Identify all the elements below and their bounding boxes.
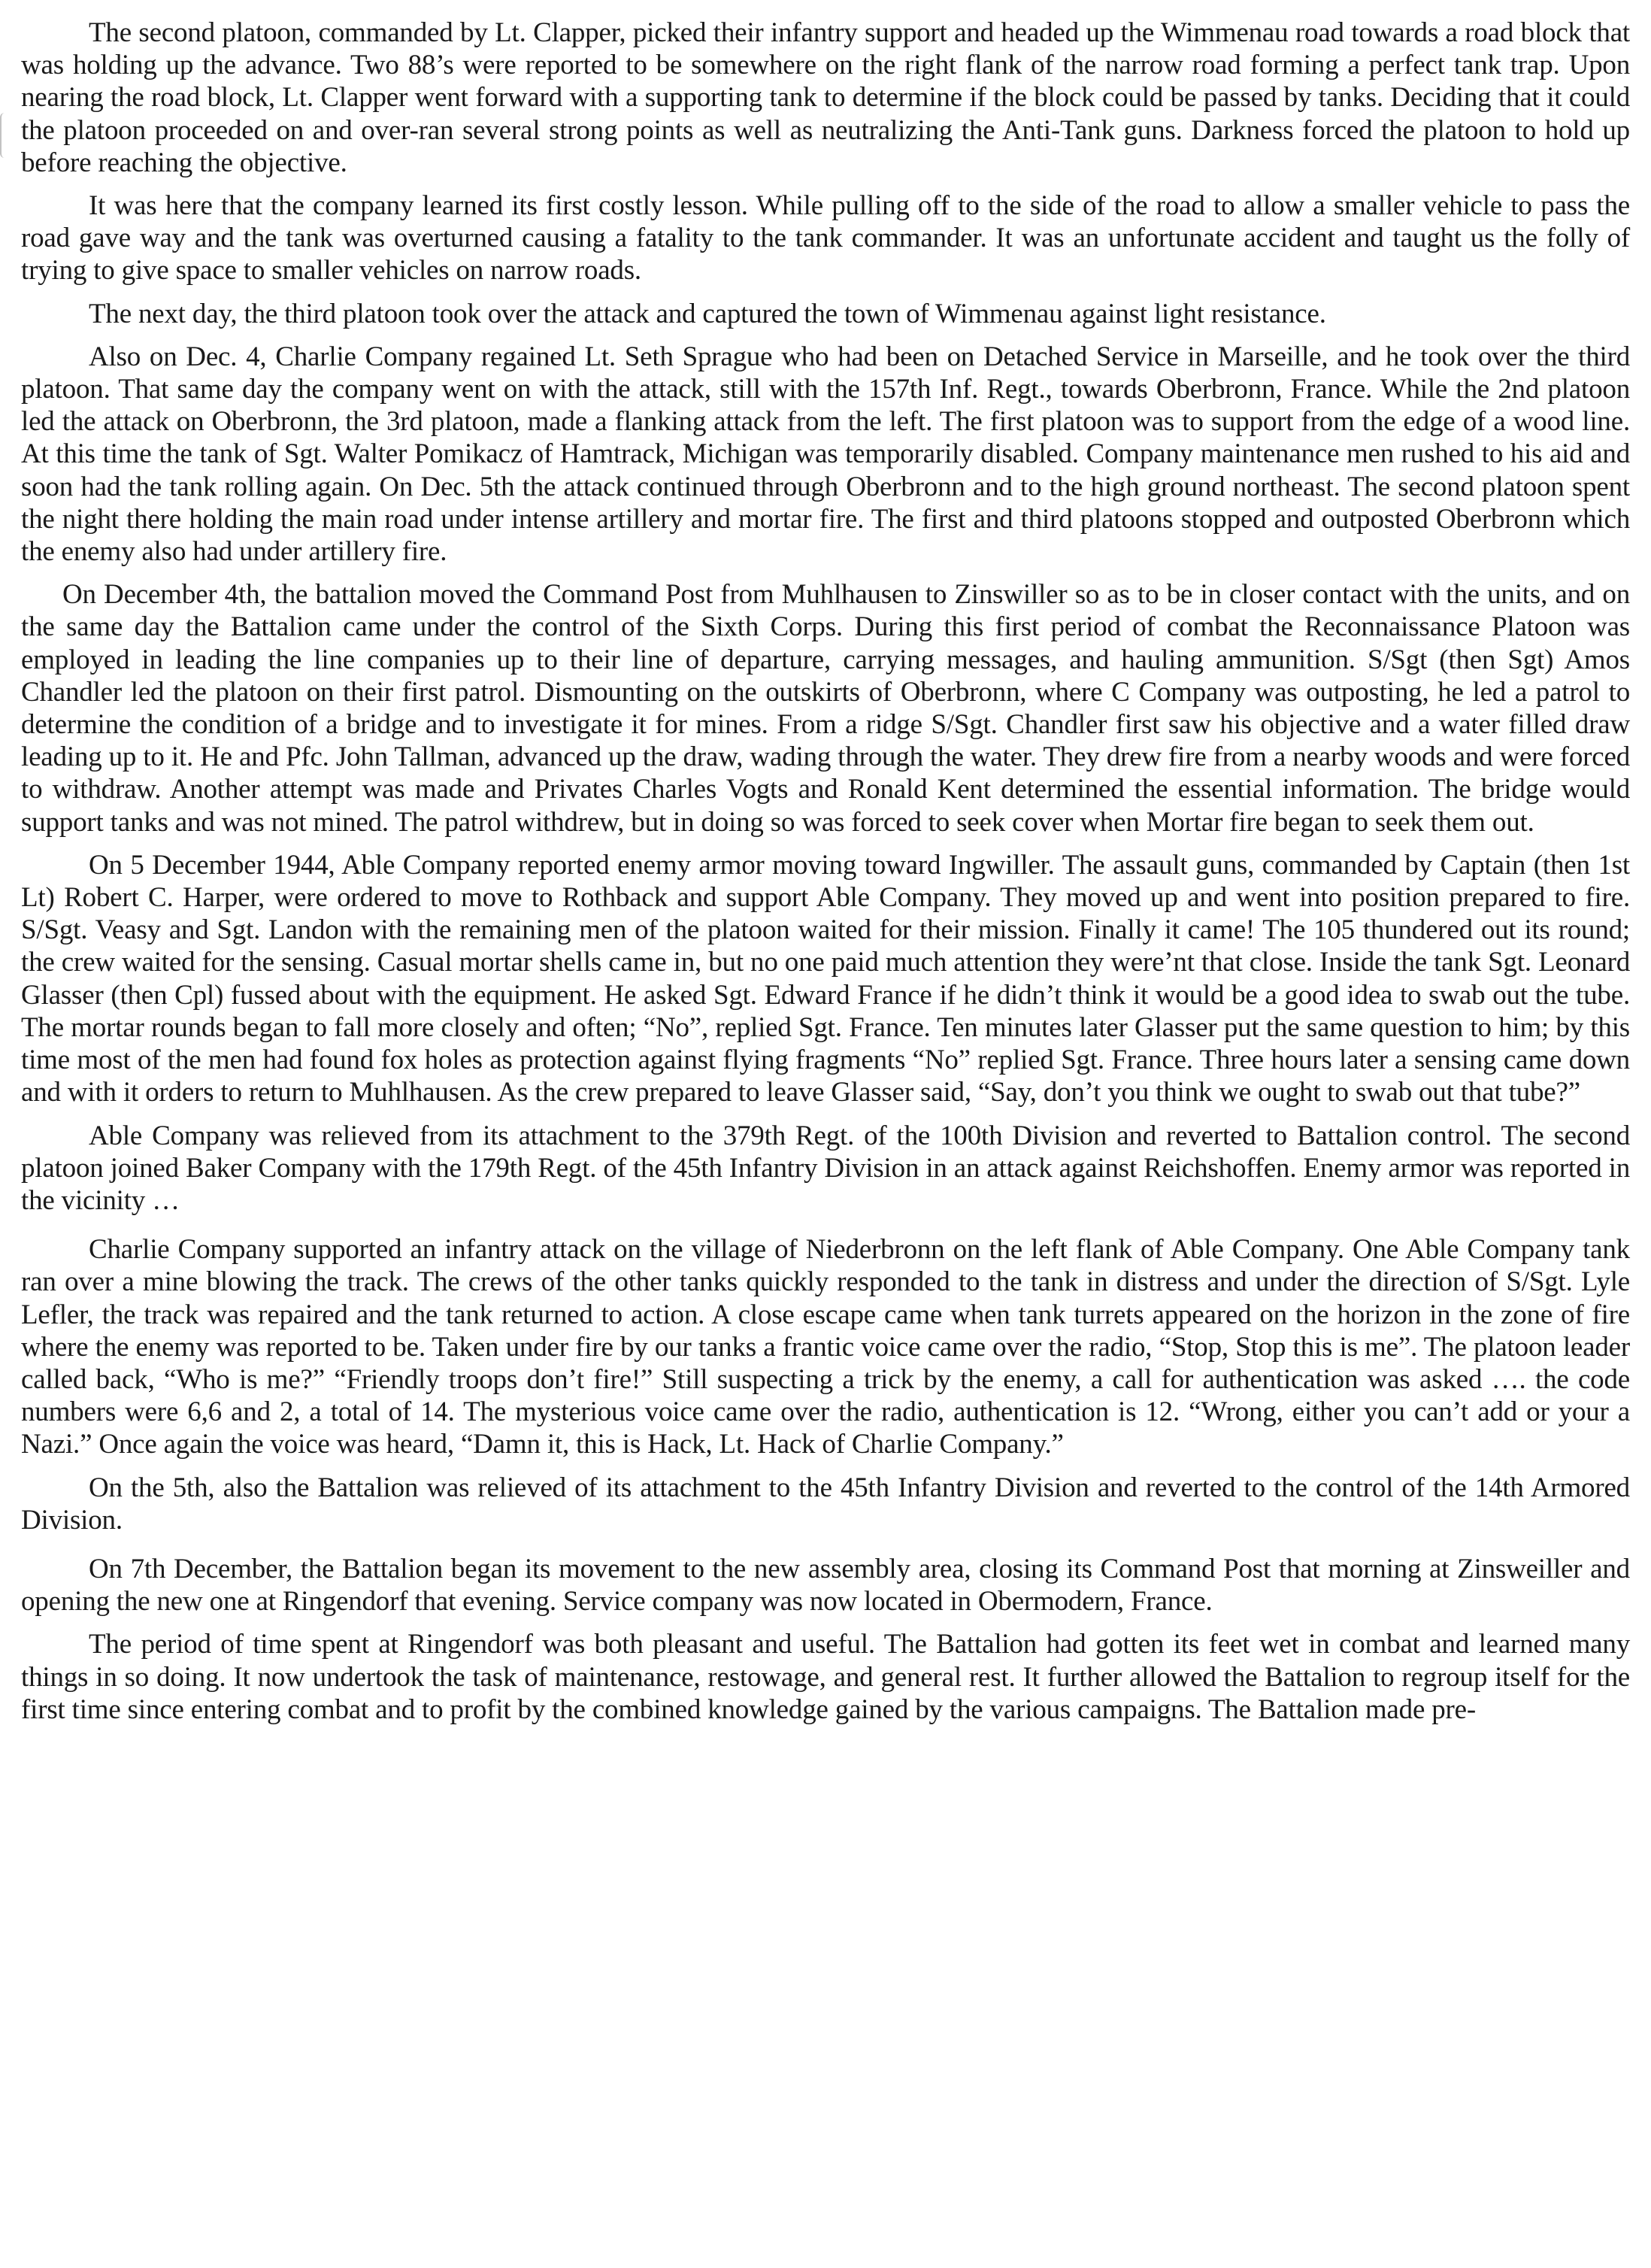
paragraph-niederbronn-attack: Charlie Company supported an infantry at… xyxy=(21,1233,1630,1460)
paragraph-oberbronn-attack: Also on Dec. 4, Charlie Company regained… xyxy=(21,341,1630,568)
paragraph-clapper-roadblock: The second platoon, commanded by Lt. Cla… xyxy=(21,17,1630,179)
paragraph-ringendorf-move: On 7th December, the Battalion began its… xyxy=(21,1553,1630,1618)
paragraph-command-post-move: On December 4th, the battalion moved the… xyxy=(21,578,1630,838)
paragraph-costly-lesson: It was here that the company learned its… xyxy=(21,190,1630,287)
paragraph-fourteenth-armored: On the 5th, also the Battalion was relie… xyxy=(21,1472,1630,1536)
document-page: The second platoon, commanded by Lt. Cla… xyxy=(21,17,1630,1726)
paragraph-able-company-assault-guns: On 5 December 1944, Able Company reporte… xyxy=(21,849,1630,1109)
paragraph-wimmenau-captured: The next day, the third platoon took ove… xyxy=(21,298,1630,330)
scan-edge-artifact xyxy=(0,113,5,158)
paragraph-able-relieved: Able Company was relieved from its attac… xyxy=(21,1120,1630,1217)
paragraph-ringendorf-rest: The period of time spent at Ringendorf w… xyxy=(21,1628,1630,1726)
